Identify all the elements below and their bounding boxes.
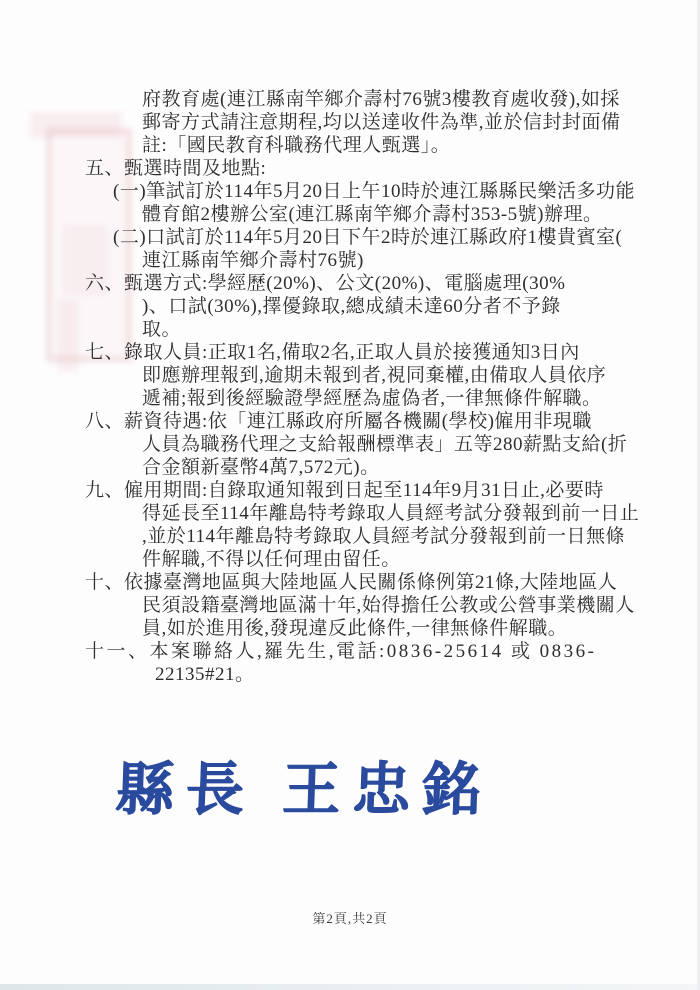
text-line: 九、僱用期間:自錄取通知報到日起至114年9月31日止,必要時: [85, 479, 700, 502]
text-line: 得延長至114年離島特考錄取人員經考試分發報到前一日止: [142, 502, 700, 525]
text-line: 合金額新臺幣4萬7,572元)。: [142, 456, 700, 479]
text-line: 八、薪資待遇:依「連江縣政府所屬各機關(學校)僱用非現職: [85, 410, 700, 433]
text-line: 件解職,不得以任何理由留任。: [142, 548, 700, 571]
scan-edge-bottom: [0, 984, 700, 990]
magistrate-signature: 縣長 王忠銘: [115, 742, 494, 826]
text-line: 六、甄選方式:學經歷(20%)、公文(20%)、電腦處理(30%: [85, 272, 700, 295]
text-line: 十、依據臺灣地區與大陸地區人民關係條例第21條,大陸地區人: [85, 571, 700, 594]
text-line: 連江縣南竿鄉介壽村76號): [142, 249, 700, 272]
text-line: 十一、本案聯絡人,羅先生,電話:0836-25614 或 0836-: [85, 640, 700, 663]
text-line: 註:「國民教育科職務代理人甄選」。: [142, 134, 700, 157]
scanned-document-page: 府教育處(連江縣南竿鄉介壽村76號3樓教育處收發),如採郵寄方式請注意期程,均以…: [0, 0, 700, 990]
text-line: 人員為職務代理之支給報酬標準表」五等280薪點支給(折: [142, 433, 700, 456]
text-line: 五、甄選時間及地點:: [85, 157, 700, 180]
page-number-footer: 第2頁,共2頁: [0, 908, 700, 927]
text-line: (一)筆試訂於114年5月20日上午10時於連江縣縣民樂活多功能: [113, 180, 700, 203]
text-line: ,並於114年離島特考錄取人員經考試分發報到前一日無條: [142, 525, 700, 548]
text-line: (二)口試訂於114年5月20日下午2時於連江縣政府1樓貴賓室(: [113, 226, 700, 249]
document-body: 府教育處(連江縣南竿鄉介壽村76號3樓教育處收發),如採郵寄方式請注意期程,均以…: [0, 88, 700, 686]
text-line: 取。: [142, 318, 700, 341]
text-line: 七、錄取人員:正取1名,備取2名,正取人員於接獲通知3日內: [85, 341, 700, 364]
text-line: 即應辦理報到,逾期未報到者,視同棄權,由備取人員依序: [142, 364, 700, 387]
text-line: 府教育處(連江縣南竿鄉介壽村76號3樓教育處收發),如採: [142, 88, 700, 111]
text-line: 員,如於進用後,發現違反此條件,一律無條件解職。: [142, 617, 700, 640]
text-line: 郵寄方式請注意期程,均以送達收件為準,並於信封封面備: [142, 111, 700, 134]
text-line: 民須設籍臺灣地區滿十年,始得擔任公教或公營事業機關人: [142, 594, 700, 617]
text-line: 體育館2樓辦公室(連江縣南竿鄉介壽村353-5號)辦理。: [142, 203, 700, 226]
text-line: 遞補;報到後經驗證學經歷為虛偽者,一律無條件解職。: [142, 387, 700, 410]
text-line: 22135#21。: [155, 663, 700, 686]
text-line: )、口試(30%),擇優錄取,總成績未達60分者不予錄: [142, 295, 700, 318]
